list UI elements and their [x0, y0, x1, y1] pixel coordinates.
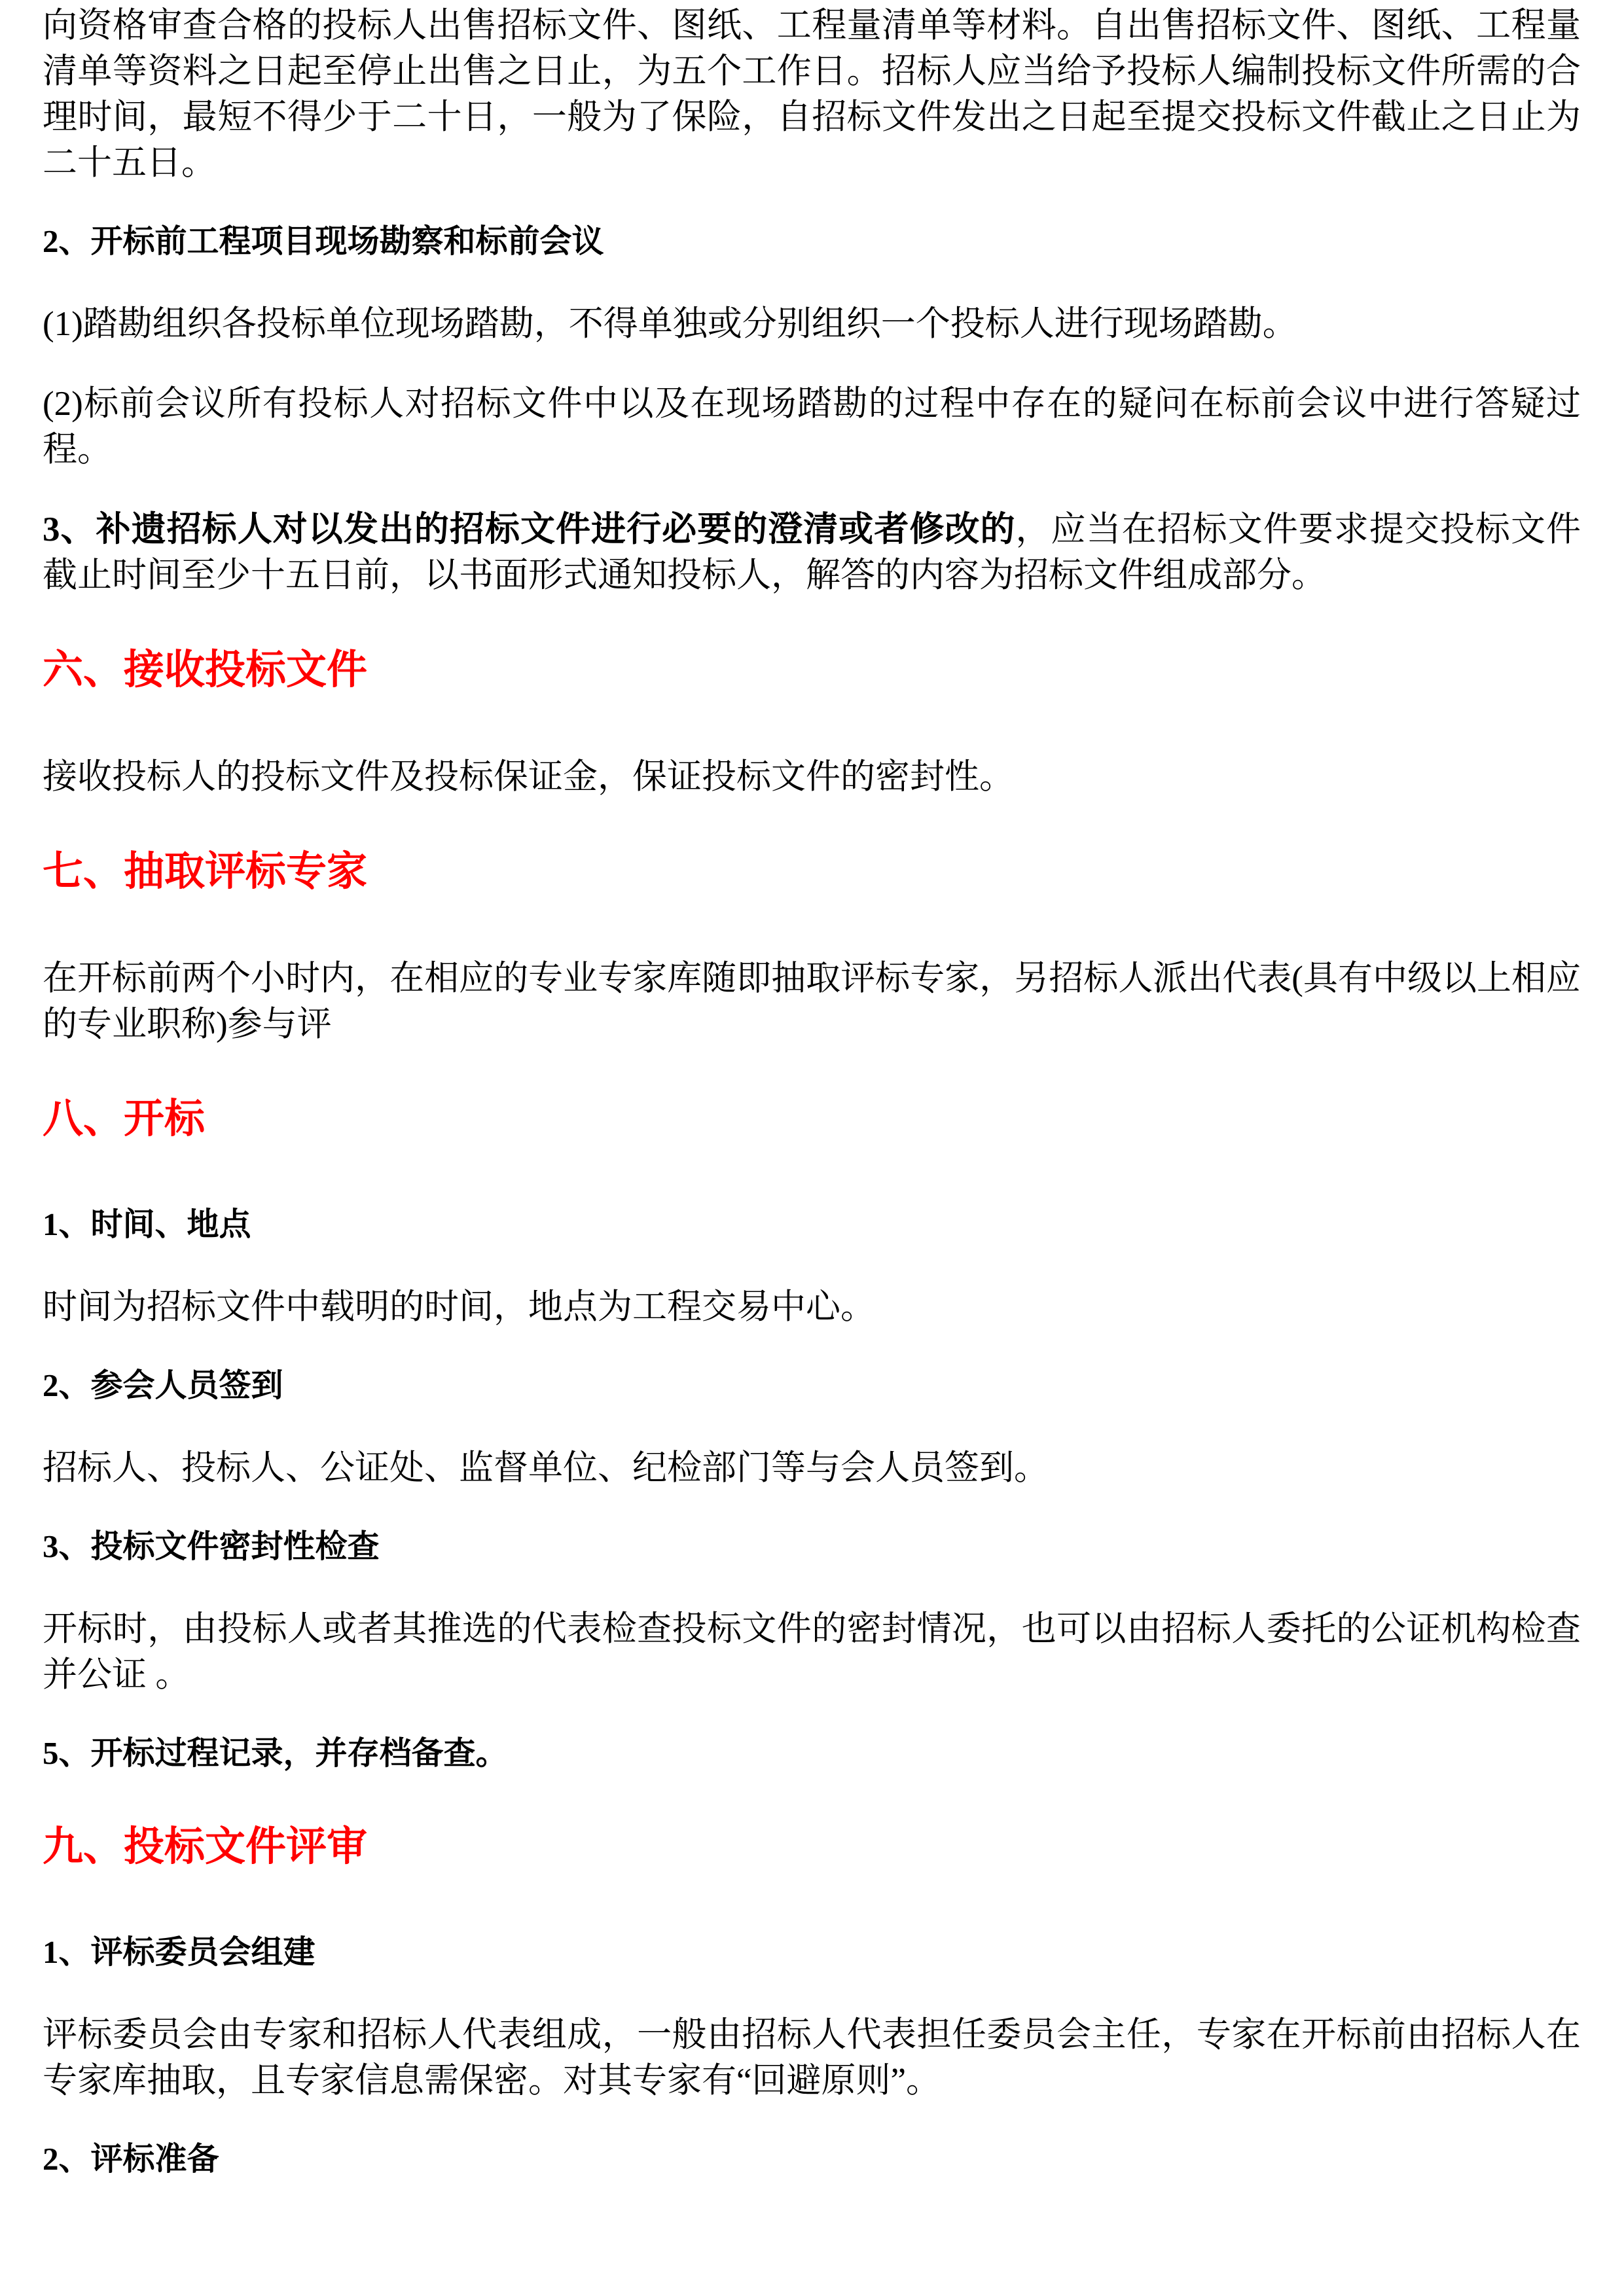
- subheading-evaluation-preparation: 2、评标准备: [43, 2138, 1581, 2181]
- paragraph-site-survey: (1)踏勘组织各投标单位现场踏勘，不得单独或分别组织一个投标人进行现场踏勘。: [43, 301, 1581, 347]
- section-heading-draw-evaluation-experts: 七、抽取评标专家: [43, 844, 1581, 899]
- subheading-attendee-signin: 2、参会人员签到: [43, 1364, 1581, 1407]
- section-heading-bid-opening: 八、开标: [43, 1092, 1581, 1147]
- section-heading-bid-evaluation: 九、投标文件评审: [43, 1820, 1581, 1874]
- subheading-site-survey-pre-bid-meeting: 2、开标前工程项目现场勘察和标前会议: [43, 220, 1581, 263]
- paragraph-time-place: 时间为招标文件中载明的时间，地点为工程交易中心。: [43, 1284, 1581, 1330]
- subheading-evaluation-committee: 1、评标委员会组建: [43, 1931, 1581, 1974]
- subheading-time-place: 1、时间、地点: [43, 1203, 1581, 1246]
- section-heading-receive-bid-documents: 六、接收投标文件: [43, 643, 1581, 698]
- paragraph-lead-bold-text: 3、补遗招标人对以发出的招标文件进行必要的澄清或者修改的: [43, 511, 1015, 548]
- document-page: { "colors": { "background": "#ffffff", "…: [0, 0, 1624, 2296]
- paragraph-receive-bid-documents: 接收投标人的投标文件及投标保证金，保证投标文件的密封性。: [43, 754, 1581, 800]
- paragraph-seal-check: 开标时，由投标人或者其推选的代表检查投标文件的密封情况，也可以由招标人委托的公证…: [43, 1606, 1581, 1698]
- paragraph-attendee-signin: 招标人、投标人、公证处、监督单位、纪检部门等与会人员签到。: [43, 1445, 1581, 1491]
- paragraph-supplement-clarification: 3、补遗招标人对以发出的招标文件进行必要的澄清或者修改的，应当在招标文件要求提交…: [43, 507, 1581, 598]
- paragraph-pre-bid-meeting: (2)标前会议所有投标人对招标文件中以及在现场踏勘的过程中存在的疑问在标前会议中…: [43, 381, 1581, 473]
- paragraph-document-sale: 向资格审查合格的投标人出售招标文件、图纸、工程量清单等材料。自出售招标文件、图纸…: [43, 3, 1581, 186]
- paragraph-evaluation-committee: 评标委员会由专家和招标人代表组成，一般由招标人代表担任委员会主任，专家在开标前由…: [43, 2012, 1581, 2104]
- paragraph-draw-evaluation-experts: 在开标前两个小时内，在相应的专业专家库随即抽取评标专家，另招标人派出代表(具有中…: [43, 956, 1581, 1047]
- subheading-opening-record: 5、开标过程记录，并存档备查。: [43, 1732, 1581, 1775]
- subheading-seal-check: 3、投标文件密封性检查: [43, 1525, 1581, 1568]
